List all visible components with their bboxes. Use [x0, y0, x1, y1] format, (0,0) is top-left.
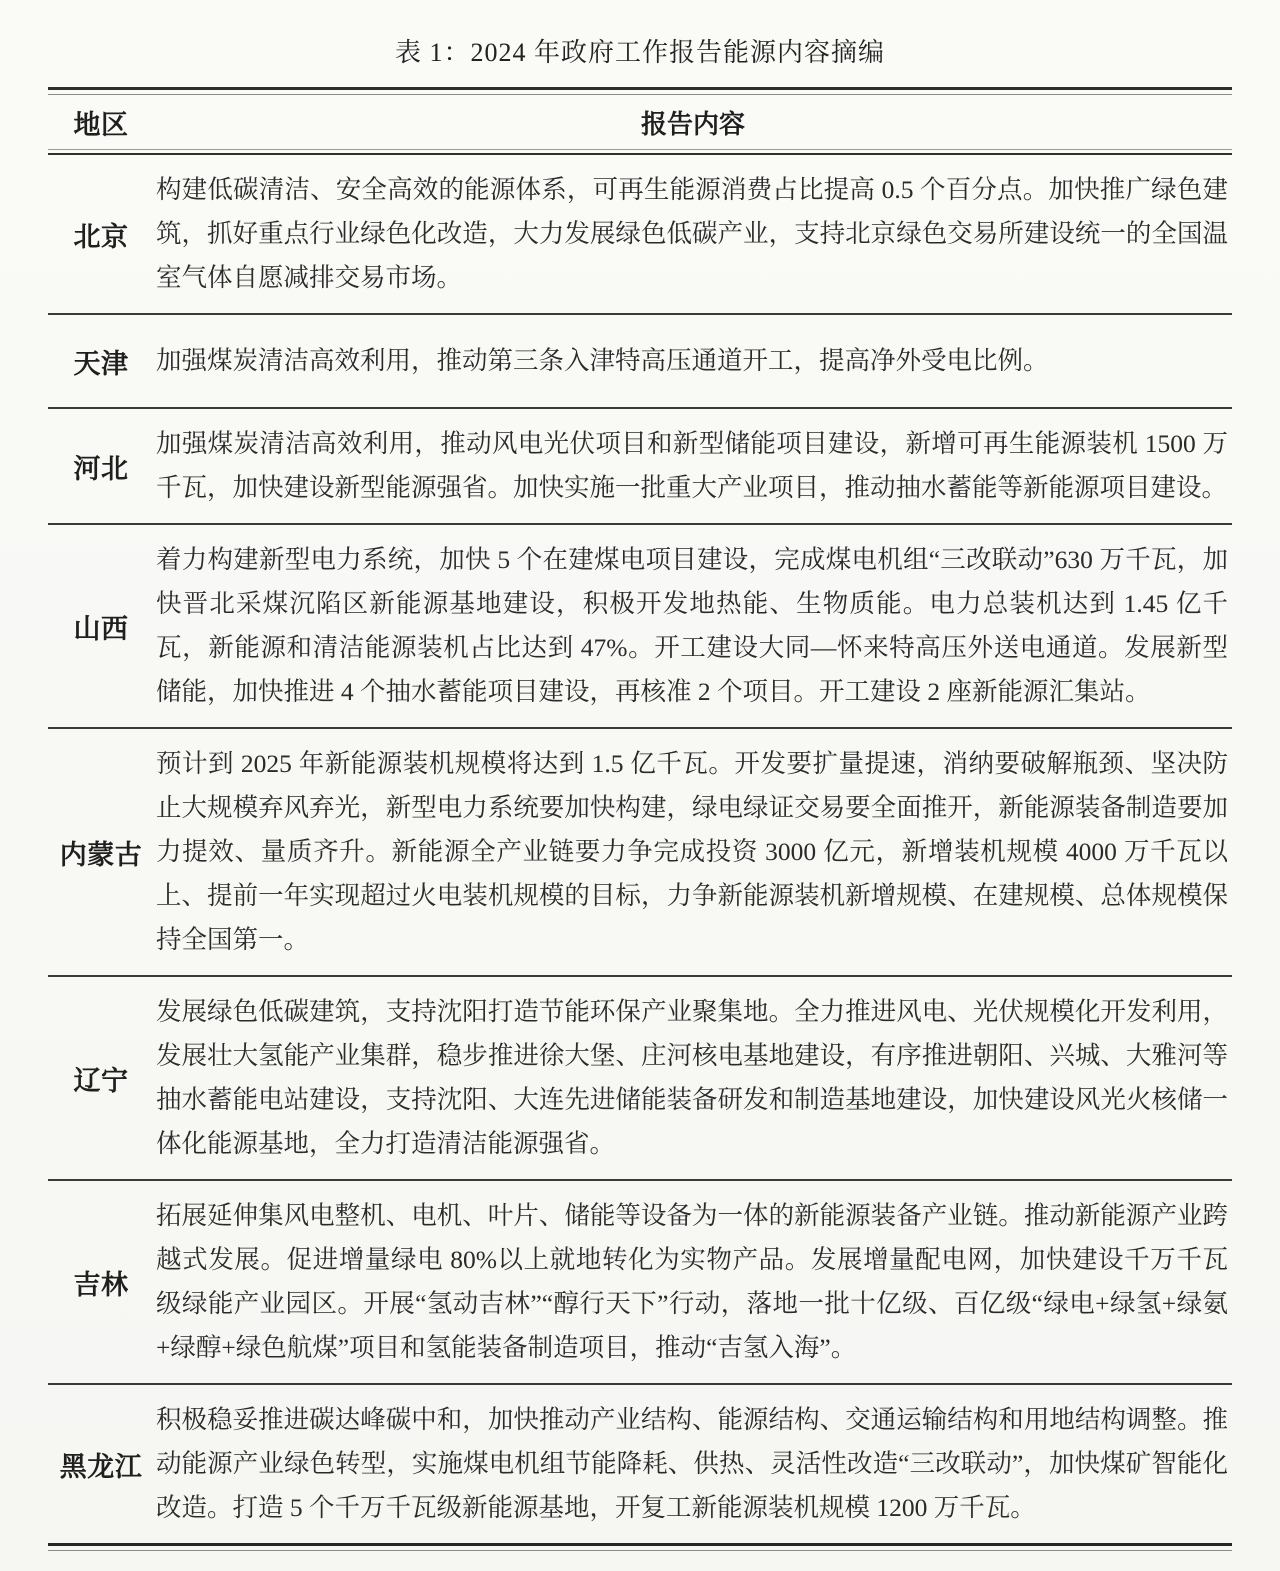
region-label: 内蒙古: [48, 729, 154, 975]
region-label: 北京: [48, 155, 154, 313]
table-row-hebei: 河北 加强煤炭清洁高效利用，推动风电光伏项目和新型储能项目建设，新增可再生能源装…: [48, 409, 1232, 523]
energy-report-table: 地区 报告内容 北京 构建低碳清洁、安全高效的能源体系，可再生能源消费占比提高 …: [48, 87, 1232, 1551]
table-row-tianjin: 天津 加强煤炭清洁高效利用，推动第三条入津特高压通道开工，提高净外受电比例。: [48, 315, 1232, 407]
report-content: 加强煤炭清洁高效利用，推动第三条入津特高压通道开工，提高净外受电比例。: [154, 315, 1232, 407]
region-label: 天津: [48, 315, 154, 407]
region-label: 吉林: [48, 1181, 154, 1383]
report-content: 拓展延伸集风电整机、电机、叶片、储能等设备为一体的新能源装备产业链。推动新能源产…: [154, 1181, 1232, 1383]
header-content-label: 报告内容: [154, 104, 1232, 141]
report-content: 积极稳妥推进碳达峰碳中和，加快推动产业结构、能源结构、交通运输结构和用地结构调整…: [154, 1385, 1232, 1543]
region-label: 河北: [48, 409, 154, 523]
report-content: 发展绿色低碳建筑，支持沈阳打造节能环保产业聚集地。全力推进风电、光伏规模化开发利…: [154, 977, 1232, 1179]
document-title: 表 1：2024 年政府工作报告能源内容摘编: [48, 0, 1232, 87]
table-rule-top: [48, 87, 1232, 95]
table-header-row: 地区 报告内容: [48, 95, 1232, 149]
table-row-heilongjiang: 黑龙江 积极稳妥推进碳达峰碳中和，加快推动产业结构、能源结构、交通运输结构和用地…: [48, 1385, 1232, 1543]
table-row-neimenggu: 内蒙古 预计到 2025 年新能源装机规模将达到 1.5 亿千瓦。开发要扩量提速…: [48, 729, 1232, 975]
table-row-jilin: 吉林 拓展延伸集风电整机、电机、叶片、储能等设备为一体的新能源装备产业链。推动新…: [48, 1181, 1232, 1383]
report-content: 预计到 2025 年新能源装机规模将达到 1.5 亿千瓦。开发要扩量提速，消纳要…: [154, 729, 1232, 975]
table-row-liaoning: 辽宁 发展绿色低碳建筑，支持沈阳打造节能环保产业聚集地。全力推进风电、光伏规模化…: [48, 977, 1232, 1179]
region-label: 黑龙江: [48, 1385, 154, 1543]
table-rule-bottom: [48, 1543, 1232, 1551]
report-content: 着力构建新型电力系统，加快 5 个在建煤电项目建设，完成煤电机组“三改联动”63…: [154, 525, 1232, 727]
region-label: 辽宁: [48, 977, 154, 1179]
document-page: 表 1：2024 年政府工作报告能源内容摘编 地区 报告内容 北京 构建低碳清洁…: [0, 0, 1280, 1571]
report-content: 加强煤炭清洁高效利用，推动风电光伏项目和新型储能项目建设，新增可再生能源装机 1…: [154, 409, 1232, 523]
table-row-beijing: 北京 构建低碳清洁、安全高效的能源体系，可再生能源消费占比提高 0.5 个百分点…: [48, 155, 1232, 313]
report-content: 构建低碳清洁、安全高效的能源体系，可再生能源消费占比提高 0.5 个百分点。加快…: [154, 155, 1232, 313]
table-row-shanxi: 山西 着力构建新型电力系统，加快 5 个在建煤电项目建设，完成煤电机组“三改联动…: [48, 525, 1232, 727]
region-label: 山西: [48, 525, 154, 727]
header-region-label: 地区: [48, 103, 154, 142]
